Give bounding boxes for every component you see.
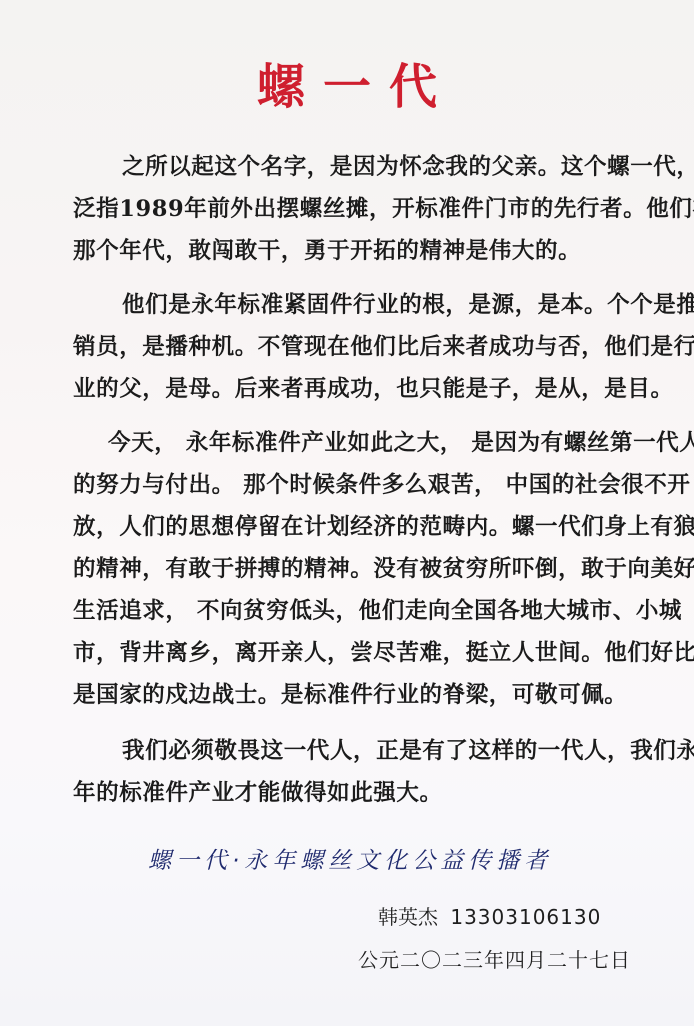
paragraph-line: 泛指1989年前外出摆螺丝摊，开标准件门市的先行者。他们在: [73, 191, 694, 223]
paragraph-line: 业的父，是母。后来者再成功，也只能是子，是从，是目。: [73, 371, 674, 403]
paragraph-line: 是国家的戍边战士。是标准件行业的脊梁，可敬可佩。: [73, 677, 627, 709]
paragraph-line: 生活追求， 不向贫穷低头，他们走向全国各地大城市、小城: [73, 593, 682, 625]
motto-line: 螺一代·永年螺丝文化公益传播者: [148, 842, 552, 875]
paragraph-line: 放，人们的思想停留在计划经济的范畴内。螺一代们身上有狼: [73, 509, 694, 541]
paragraph-line: 之所以起这个名字，是因为怀念我的父亲。这个螺一代，: [122, 149, 694, 181]
paragraph-line: 他们是永年标准紧固件行业的根，是源，是本。个个是推: [122, 287, 694, 319]
paragraph-line: 销员，是播种机。不管现在他们比后来者成功与否，他们是行: [73, 329, 694, 361]
paragraph-line: 那个年代，敢闯敢干，勇于开拓的精神是伟大的。: [73, 233, 581, 265]
page-title: 螺一代: [0, 48, 694, 117]
paragraph-line: 的努力与付出。 那个时候条件多么艰苦， 中国的社会很不开: [73, 467, 690, 499]
signature-name-phone: 韩英杰 13303106130: [378, 901, 601, 930]
document-page: 螺一代 之所以起这个名字，是因为怀念我的父亲。这个螺一代， 泛指1989年前外出…: [0, 0, 694, 1026]
paragraph-line: 今天， 永年标准件产业如此之大， 是因为有螺丝第一代人: [108, 425, 694, 457]
signature-date: 公元二〇二三年四月二十七日: [358, 944, 631, 973]
paragraph-line: 的精神，有敢于拼搏的精神。没有被贫穷所吓倒，敢于向美好: [73, 551, 694, 583]
author-name: 韩英杰: [378, 905, 438, 929]
paragraph-line: 我们必须敬畏这一代人，正是有了这样的一代人，我们永: [122, 733, 694, 765]
paragraph-line: 年的标准件产业才能做得如此强大。: [73, 775, 443, 807]
author-phone: 13303106130: [450, 905, 601, 929]
paragraph-line: 市，背井离乡，离开亲人，尝尽苦难，挺立人世间。他们好比: [73, 635, 694, 667]
